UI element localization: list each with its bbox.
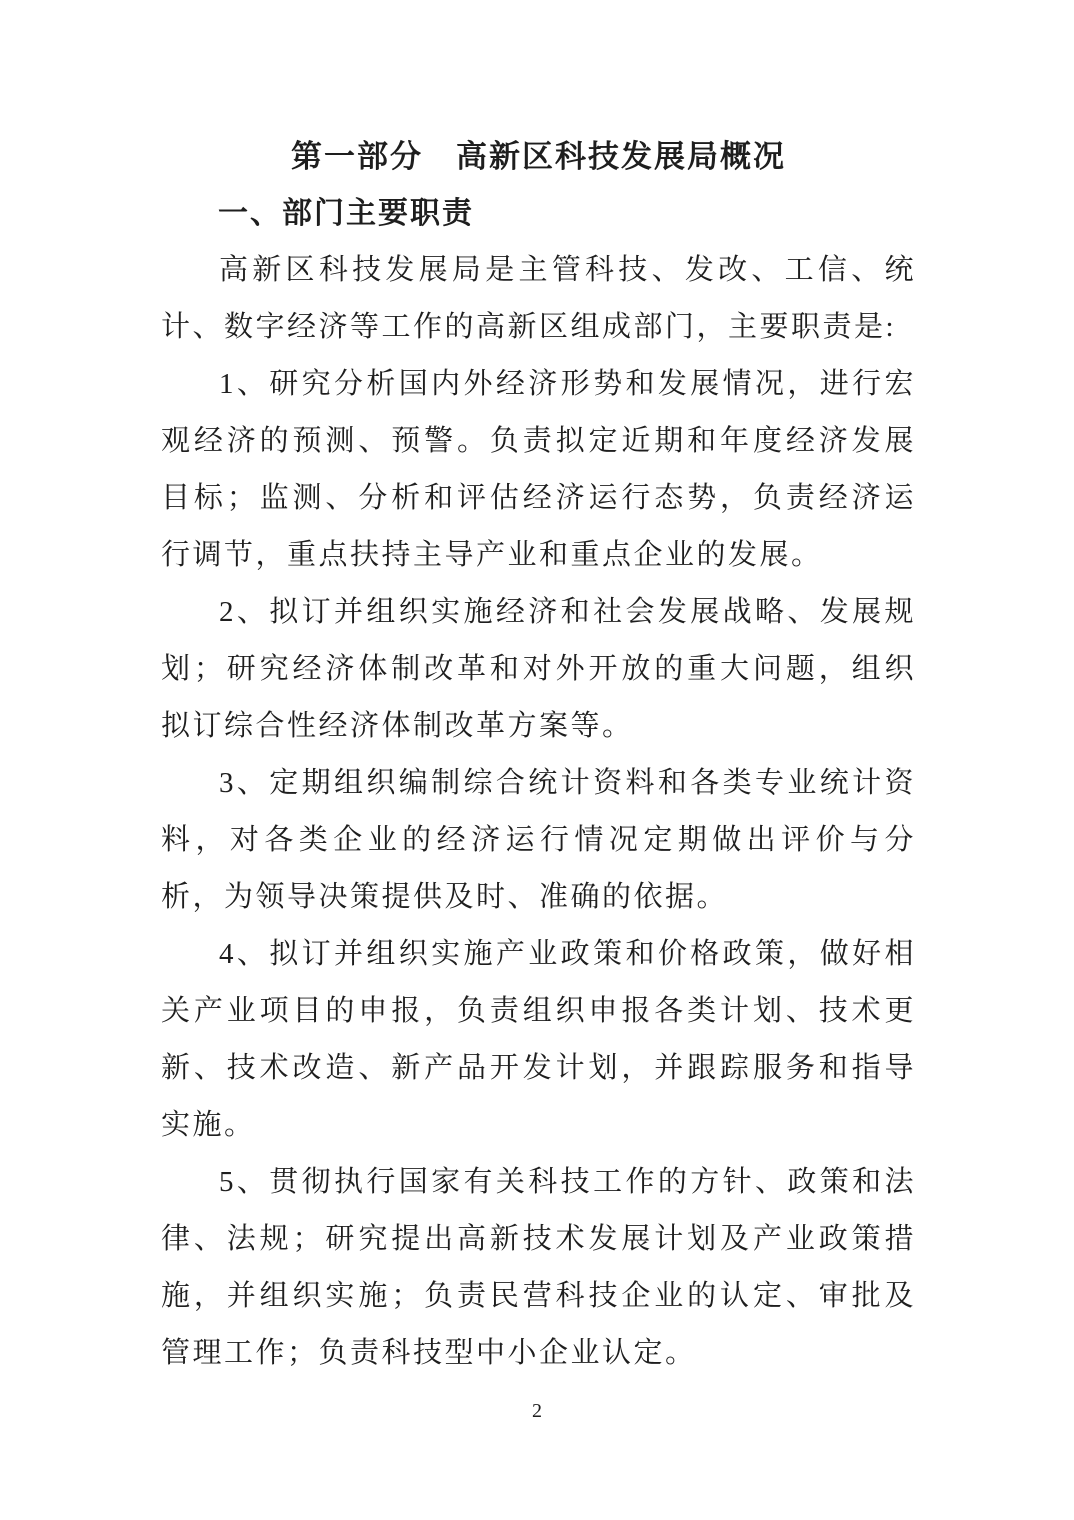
paragraph-duty-3: 3、定期组织编制综合统计资料和各类专业统计资料，对各类企业的经济运行情况定期做出… [161, 755, 916, 926]
paragraph-duty-1: 1、研究分析国内外经济形势和发展情况，进行宏观经济的预测、预警。负责拟定近期和年… [161, 356, 916, 584]
page-number: 2 [0, 1399, 1074, 1423]
paragraph-duty-2: 2、拟订并组织实施经济和社会发展战略、发展规划；研究经济体制改革和对外开放的重大… [161, 584, 916, 755]
document-content: 第一部分 高新区科技发展局概况 一、部门主要职责 高新区科技发展局是主管科技、发… [161, 128, 916, 1382]
paragraph-intro: 高新区科技发展局是主管科技、发改、工信、统计、数字经济等工作的高新区组成部门，主… [161, 242, 916, 356]
document-page: 第一部分 高新区科技发展局概况 一、部门主要职责 高新区科技发展局是主管科技、发… [0, 0, 1074, 1520]
section-heading: 一、部门主要职责 [161, 185, 916, 242]
paragraph-duty-4: 4、拟订并组织实施产业政策和价格政策，做好相关产业项目的申报，负责组织申报各类计… [161, 926, 916, 1154]
paragraph-duty-5: 5、贯彻执行国家有关科技工作的方针、政策和法律、法规；研究提出高新技术发展计划及… [161, 1154, 916, 1382]
page-title: 第一部分 高新区科技发展局概况 [161, 128, 916, 185]
